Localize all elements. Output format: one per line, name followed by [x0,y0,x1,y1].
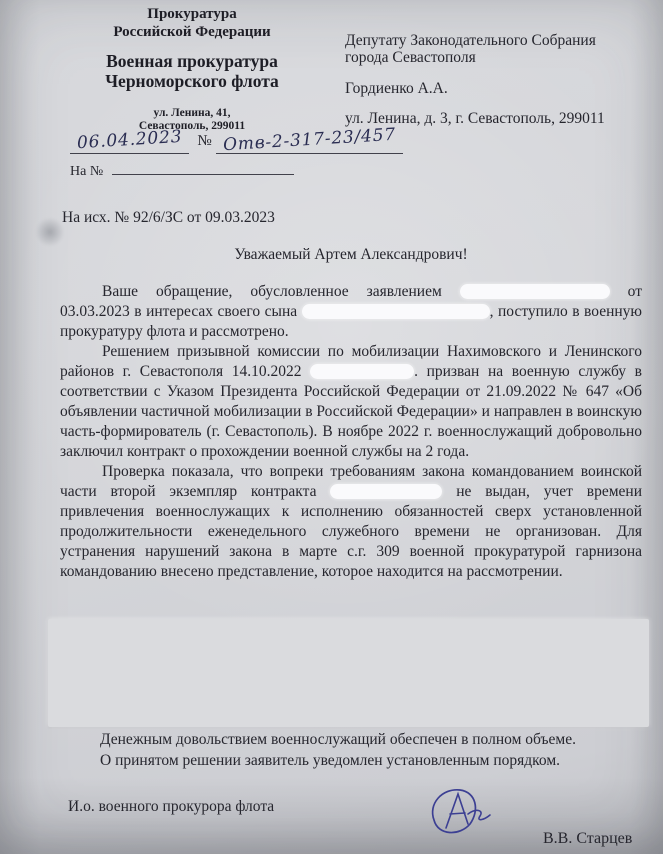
closing-line-1: Денежным довольствием военнослужащий обе… [100,729,645,750]
closing-lines: Денежным довольствием военнослужащий обе… [100,729,645,771]
signature-scribble [418,780,498,842]
paper-smudge [36,216,64,248]
recipient-block: Депутату Законодательного Собрания город… [345,32,645,127]
redaction-contract-name [330,484,442,499]
redaction-large-block [48,619,649,727]
letterhead-address-line1: ул. Ленина, 41, [70,107,314,121]
signer-name: В.В. Старцев [543,830,632,848]
letterhead-org-line2: Российской Федерации [70,24,314,42]
recipient-line2: города Севастополя [345,49,645,66]
signer-title: И.о. военного прокурора флота [68,798,274,816]
paragraph-1: Ваше обращение, обусловленное заявлением… [60,282,642,342]
letterhead: Прокуратура Российской Федерации Военная… [70,6,314,134]
letterhead-unit-line1: Военная прокуратура [70,52,314,72]
paragraph-3: Проверка показала, что вопреки требовани… [60,462,642,582]
scanned-letter-page: Прокуратура Российской Федерации Военная… [0,0,663,854]
na-number-label: На № [70,164,103,179]
redaction-serviceman-name [310,364,414,379]
closing-line-2: О принятом решении заявитель уведомлен у… [100,750,645,771]
letterhead-unit-line2: Черноморского флота [70,72,314,92]
letter-body: Ваше обращение, обусловленное заявлением… [60,282,642,582]
redaction-son-name [302,304,490,319]
recipient-line1: Депутату Законодательного Собрания [345,32,645,49]
outgoing-ref-row: 06.04.2023№Отв-2-317-23/457 [70,130,403,154]
letterhead-org-line1: Прокуратура [70,6,314,24]
recipient-name: Гордиенко А.А. [345,80,645,97]
redaction-applicant-name [460,284,610,299]
incoming-reference-line: На исх. № 92/6/ЗС от 09.03.2023 [62,209,275,227]
p1-text-1: Ваше обращение, обусловленное заявлением [102,283,442,300]
na-number-row: На № [70,161,294,180]
handwritten-number: Отв-2-317-23/457 [222,125,396,156]
na-number-blank-line [112,161,294,175]
number-underline: Отв-2-317-23/457 [216,130,403,154]
number-sign: № [197,133,211,149]
handwritten-date: 06.04.2023 [76,127,182,153]
salutation: Уважаемый Артем Александрович! [60,246,642,264]
date-underline: 06.04.2023 [70,130,189,154]
paragraph-2: Решением призывной комиссии по мобилизац… [60,342,642,462]
